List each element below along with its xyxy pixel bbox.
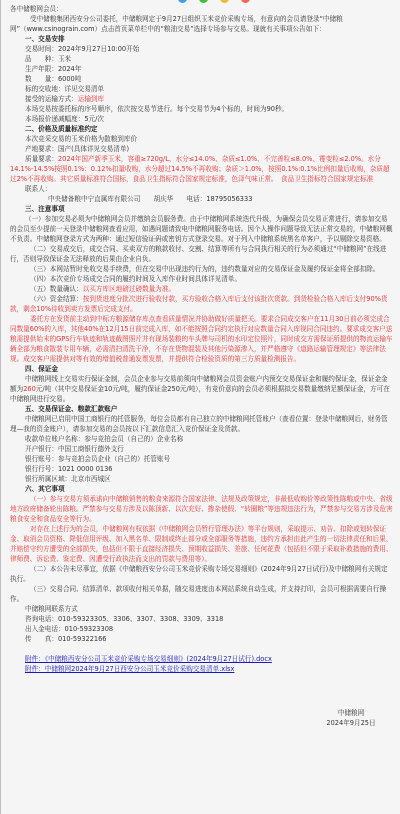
notice-3: （三）本网站暂时免收交易手续费，但在交易中出现违约行为的，违约数量对应的交易保证… [10,264,393,274]
delivery-location: 标的交收地：详见交易清单 [10,84,393,94]
quality-label: 质量要求： [25,155,58,163]
fax: 传 真：010-59322166 [10,634,393,644]
deposit-paragraph: 中储粮网线上交易实行保证金制，会员企业参与交易前须向中储粮网会员资金账户内预交交… [10,374,393,404]
consult-phone: 咨询电话：010-59323305、3306、3307、3308、3309、33… [10,614,393,624]
notice-6-label: （六）资金结算： [30,295,83,303]
trade-order: 本场交易按委托标的序号顺序，依次按交易节进行。每个交易节为4个标的，时间为90秒… [10,104,393,114]
other-1: （一）参与交易方须承诺向中储粮销售的粮食来源符合国家法律、法规及政策规定，非最低… [10,494,393,524]
production-year: 生产年限：2024年 [10,64,393,74]
bank-name: 开户银行：中国工商银行德外支行 [10,444,393,454]
deposit-text-b: 元/吨（其中交易保证金10元/吨，履约保证金250元/吨），有竞价意向的会员必须… [10,385,390,403]
escrow-paragraph: 中储粮网已启用中国工商银行的托管服务，每位会员都有自己独立的中储粮网托管账户（查… [10,414,393,434]
intro-paragraph: 受中储粮集团西安分公司委托，中储粮网定于9月27日组织玉米竞价采购专场，有意向的… [10,14,393,34]
contact-person: 胡庆华 [154,195,174,203]
price-basis: 本次竞采交易的玉米价格为散粮到库价 [10,134,393,144]
notice-5-label: （五）数量确认： [30,285,83,293]
bid-step: 本场报价递减幅度：5元/次 [10,114,393,124]
signature: 中储粮网 2024年9月25日 [10,708,393,728]
notice-6: （六）资金结算：按到货进度分批次进行验收付款，买方验收合格入库后支付该批次货款。… [10,294,393,314]
notice-7: 委托方在发货前主动到中标方粮源储存库点查看质量情况并协助做好质量把关。要求合同成… [10,314,393,364]
contact-line: 中央储备粮中宁直属库有限公司 胡庆华 电话：18795056333 [10,194,393,204]
quantity: 数 量：6000吨 [10,74,393,84]
attachment-list-link[interactable]: 附件：中储粮网2024年9月27日西安分公司玉米竞价采购交易清单.xlsx [25,664,393,674]
variety: 品 种：玉米 [10,54,393,64]
contact-title: 中储粮网联系方式 [10,604,393,614]
transport-value: 运输到库 [78,95,104,103]
section-3-title: 三、注意事项 [10,204,393,214]
payee-name: 收款单位账户名称：参与竞拍会员（自己的）企业名称 [10,434,393,444]
attachment-rules-link[interactable]: 附件：《中储粮西安分公司玉米竞价采购专场交易细则》(2024年9月27日试行).… [25,654,393,664]
quality-value: 2024年国产新季玉米，容重≥720g/L、水分≤14.0%、杂质≤1.0%、不… [10,155,390,183]
window-controls [178,0,250,3]
other-3: （二）本公告未尽事宜，依据《中储粮西安分公司玉米竞价采购专场交易细则》(2024… [10,564,393,584]
contact-phone: 电话：18795056333 [186,195,252,203]
deposit-amount: 260 [23,385,36,393]
bank-region: 银行所属区域：北京市西城区 [10,474,393,484]
blue-dot-icon [178,0,187,3]
bank-account: 银行账号：参与竞拍会员企业（自己的）托管账号 [10,454,393,464]
funds-phone: 出入金电话：010-59323308 [10,624,393,634]
other-4: （三）交易合同、结算清单、款项收付相关单据，随交易进度由本网站系统自动生成，并支… [10,584,393,604]
left-border [0,0,1,814]
section-2-title: 二、价格及质量标准约定 [10,124,393,134]
notice-2: （二）交易成交后，成交合同、买卖双方的粮款收付、交割、结算等所有与合同执行相关的… [10,244,393,264]
notice-1: （一）参加交易必须为中储粮网会员并缴纳会员服务费。由于中储粮网系统迭代升级，为确… [10,214,393,244]
bank-code: 银行行号：1021 0000 0136 [10,464,393,474]
section-4-title: 四、保证金 [10,364,393,374]
contact-label: 联系人： [10,184,393,194]
greeting: 各中储粮网会员： [10,4,393,14]
notice-5-value: 以买方库区地磅过磅数量为准。 [83,285,175,293]
trade-time: 交易时间：2024年9月27日10:00开始 [10,44,393,54]
notice-5: （五）数量确认：以买方库区地磅过磅数量为准。 [10,284,393,294]
announcement-document: 各中储粮网会员： 受中储粮集团西安分公司委托，中储粮网定于9月27日组织玉米竞价… [10,4,393,728]
quality-requirement: 质量要求：2024年国产新季玉米，容重≥720g/L、水分≤14.0%、杂质≤1… [10,154,393,184]
signature-date: 2024年9月25日 [321,718,381,728]
origin-requirement: 产地要求：国产(具体详见交易清单) [10,144,393,154]
section-6-title: 六、其它事项 [10,484,393,494]
red-dot-icon [241,0,250,3]
notice-4: （四）本次竞价专场成交合同的履约时间及入库作业时间具体详见清单。 [10,274,393,284]
section-1-title: 一、交易安排 [10,34,393,44]
signature-org: 中储粮网 [321,708,381,718]
section-5-title: 五、交易保证金、粮款汇款账户 [10,404,393,414]
transport-method: 接受的运输方式：运输到库 [10,94,393,104]
contact-company: 中央储备粮中宁直属库有限公司 [48,195,140,203]
green-dot-icon [199,0,208,3]
transport-label: 接受的运输方式： [25,95,78,103]
other-2: 对存在上述行为的会员，中储粮网有权依据《中储粮网会员暂行管理办法》等平台规则，采… [10,524,393,564]
yellow-dot-icon [220,0,229,3]
